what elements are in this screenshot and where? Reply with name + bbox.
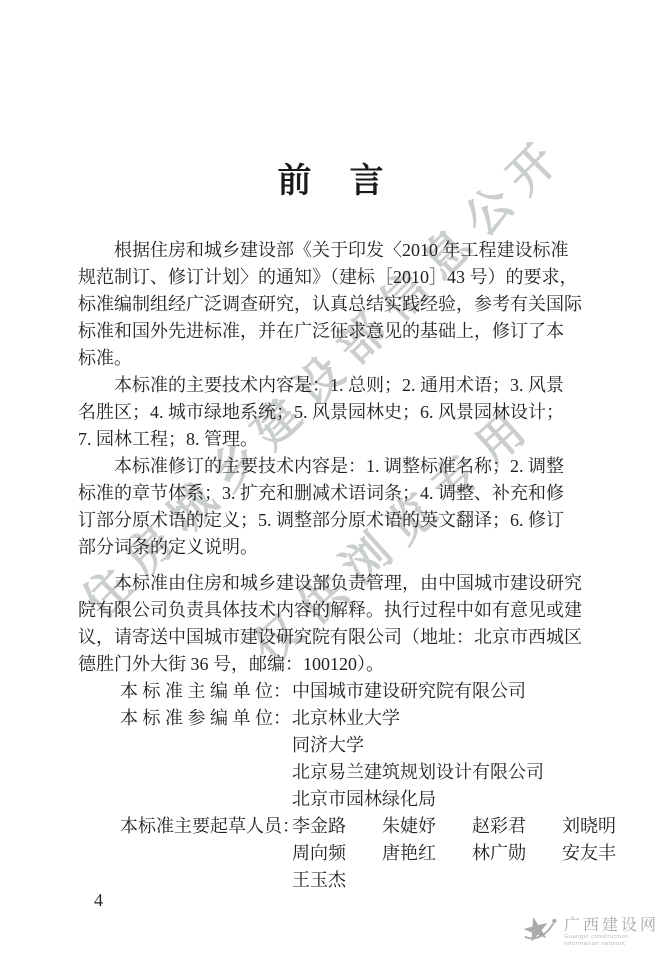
page-title: 前 言 [78,160,585,204]
text-line: 议，请寄送中国城市建设研究院有限公司（地址：北京市西城区 [78,624,585,651]
credit-row: 北京易兰建筑规划设计有限公司 [78,759,585,786]
logo-name: 广西建设网 [564,916,661,934]
text-line: 订部分原术语的定义；5. 调整部分原术语的英文翻译；6. 修订 [78,507,585,534]
text-line: 本标准修订的主要技术内容是：1. 调整标准名称；2. 调整 [78,453,585,480]
text-line: 本标准的主要技术内容是：1. 总则；2. 通用术语；3. 风景 [78,372,585,399]
credit-value: 北京林业大学 [292,708,400,728]
document-page: 住房城乡建设部信息公开 仅供浏览专用 前 言 根据住房和城乡建设部《关于印发〈2… [0,0,661,958]
credit-label: 本标准主要起草人员： [120,813,292,840]
text-line: 部分词条的定义说明。 [78,534,585,561]
logo-tagline: Guangxi construction information network [564,934,661,948]
credit-value: 同济大学 [292,735,364,755]
text-line: 标准的章节体系；3. 扩充和删减术语词条；4. 调整、补充和修 [78,480,585,507]
credit-row: 周向频 唐艳红 林广勋 安友丰 [78,840,585,867]
credits-block: 本 标 准 主 编 单 位：中国城市建设研究院有限公司本 标 准 参 编 单 位… [78,678,585,894]
text-line: 院有限公司负责具体技术内容的解释。执行过程中如有意见或建 [78,597,585,624]
page-number: 4 [94,890,103,911]
text-line: 7. 园林工程；8. 管理。 [78,426,585,453]
credit-row: 王玉杰 [78,867,585,894]
text-line: 名胜区；4. 城市绿地系统；5. 风景园林史；6. 风景园林设计； [78,399,585,426]
credit-row: 北京市园林绿化局 [78,786,585,813]
credit-value: 北京市园林绿化局 [292,789,436,809]
credit-row: 同济大学 [78,732,585,759]
text-line: 标准编制组经广泛调查研究，认真总结实践经验，参考有关国际 [78,291,585,318]
credit-row: 本 标 准 参 编 单 位：北京林业大学 [78,705,585,732]
text-line: 标准和国外先进标准，并在广泛征求意见的基础上，修订了本 [78,318,585,345]
credit-row: 本标准主要起草人员：李金路 朱婕妤 赵彩君 刘晓明 [78,813,585,840]
credit-value: 北京易兰建筑规划设计有限公司 [292,762,544,782]
text-line: 标准。 [78,345,585,372]
site-logo: 广西建设网 Guangxi construction information n… [522,910,661,953]
credit-value: 李金路 朱婕妤 赵彩君 刘晓明 [292,816,616,836]
page-content: 前 言 根据住房和城乡建设部《关于印发〈2010 年工程建设标准规范制订、修订计… [78,160,585,894]
text-line: 本标准由住房和城乡建设部负责管理，由中国城市建设研究 [78,570,585,597]
credit-label: 本 标 准 主 编 单 位： [120,678,292,705]
text-line: 规范制订、修订计划〉的通知》（建标［2010］43 号）的要求， [78,264,585,291]
text-line: 根据住房和城乡建设部《关于印发〈2010 年工程建设标准 [78,237,585,264]
paragraph: 本标准的主要技术内容是：1. 总则；2. 通用术语；3. 风景名胜区；4. 城市… [78,372,585,453]
paragraph: 本标准由住房和城乡建设部负责管理，由中国城市建设研究院有限公司负责具体技术内容的… [78,570,585,678]
credit-label: 本 标 准 参 编 单 位： [120,705,292,732]
credit-value: 中国城市建设研究院有限公司 [292,681,526,701]
logo-text: 广西建设网 Guangxi construction information n… [564,916,661,948]
credit-value: 王玉杰 [292,870,346,890]
paragraph: 根据住房和城乡建设部《关于印发〈2010 年工程建设标准规范制订、修订计划〉的通… [78,237,585,372]
star-swoosh-icon [522,910,560,953]
text-line: 德胜门外大街 36 号，邮编：100120）。 [78,651,585,678]
paragraph: 本标准修订的主要技术内容是：1. 调整标准名称；2. 调整标准的章节体系；3. … [78,453,585,561]
credit-value: 周向频 唐艳红 林广勋 安友丰 [292,843,616,863]
credit-row: 本 标 准 主 编 单 位：中国城市建设研究院有限公司 [78,678,585,705]
